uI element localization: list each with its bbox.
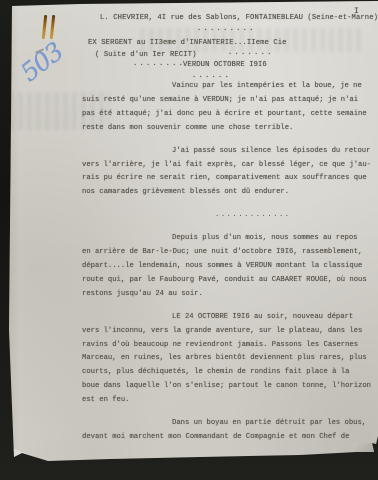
crayon-stroke [42,15,47,39]
paragraph-1: Vaincu par les intempéries et la boue, j… [82,80,378,136]
document-title: VERDUN OCTOBRE I9I6 [183,62,267,69]
dots-separator: ....... [228,50,274,57]
unit-line: EX SERGENT au II3eme d'INFANTERIE...IIem… [88,40,287,47]
dotted-section-separator: ............. [82,209,378,223]
paragraph-5: Dans un boyau en partie détruit par les … [82,417,378,445]
body-text: Vaincu par les intempéries et la boue, j… [82,80,378,454]
paragraph-2: J'ai passé sous silence les épisodes du … [82,145,378,201]
author-address-line: L. CHEVRIER, 4I rue des Sablons, FONTAIN… [100,15,378,22]
document-page: I L. CHEVRIER, 4I rue des Sablons, FONTA… [0,0,378,480]
suite-recit-line: ( Suite d'un Ier RECIT) [95,52,197,59]
dots-separator: ......... [197,26,256,33]
paragraph-3: Depuis plus d'un mois, nous sommes au re… [82,232,378,302]
dots-separator: ........ [133,61,185,68]
paragraph-4: LE 24 OCTOBRE I9I6 au soir, nouveau dépa… [82,311,378,408]
